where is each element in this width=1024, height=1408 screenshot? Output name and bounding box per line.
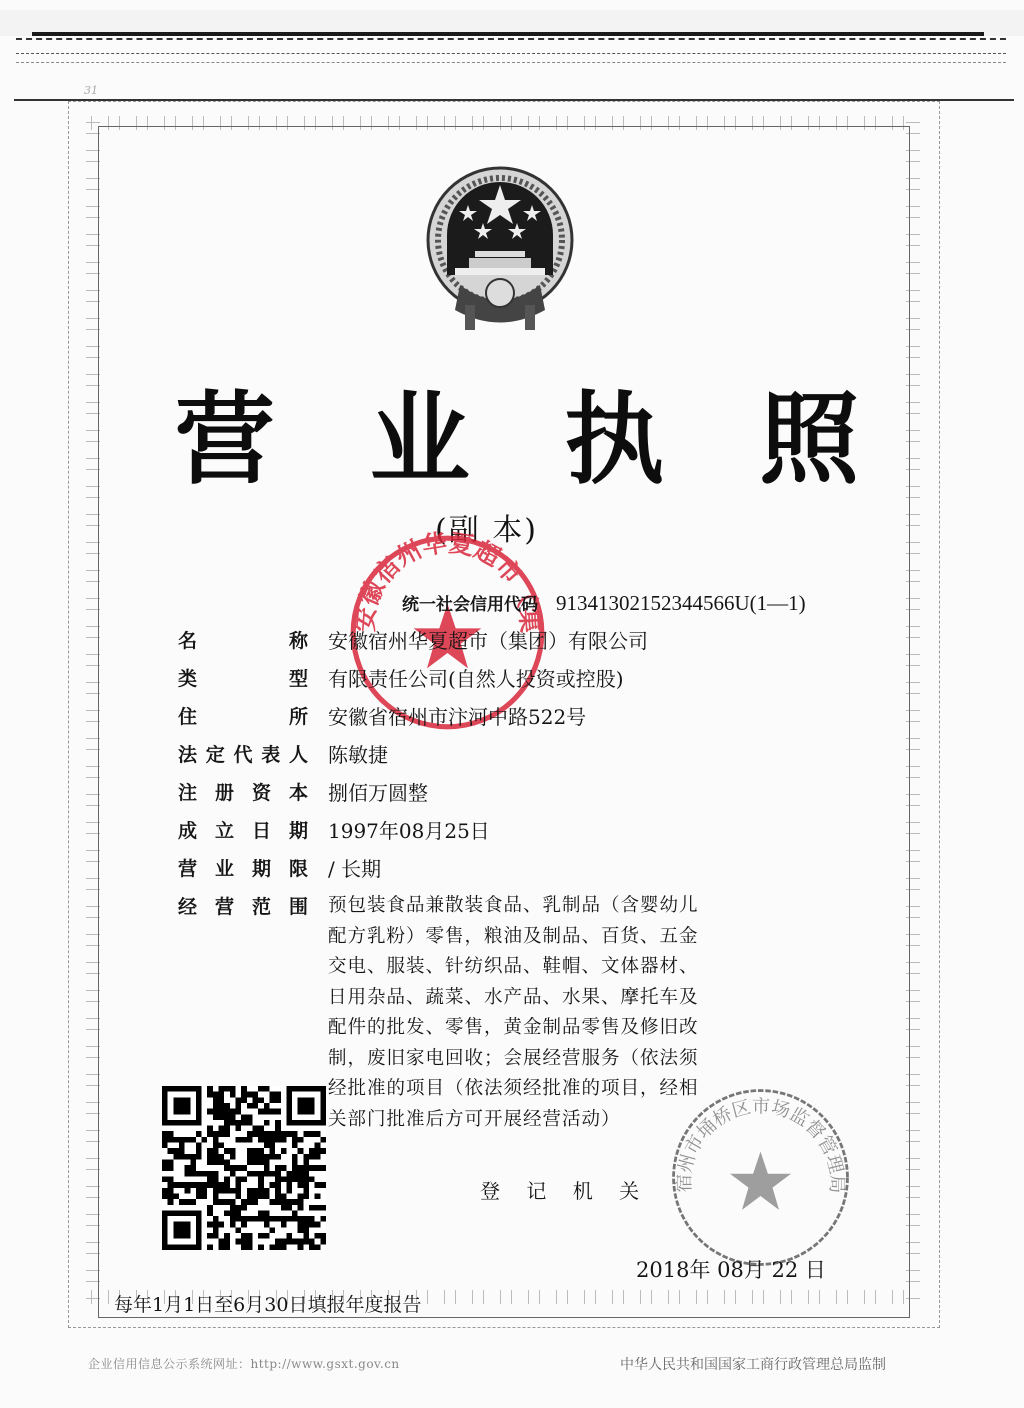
- field-value: / 长期: [328, 850, 381, 888]
- field-label: 成立日期: [178, 812, 308, 850]
- page-mark: 31: [84, 84, 98, 97]
- license-fields: 名称 安徽宿州华夏超市（集团）有限公司 类型 有限责任公司(自然人投资或控股) …: [178, 622, 758, 1135]
- field-address: 住所 安徽省宿州市汴河中路522号: [178, 698, 758, 736]
- field-legal-representative: 法定代表人 陈敏捷: [178, 736, 758, 774]
- field-label: 类型: [178, 660, 308, 698]
- field-name: 名称 安徽宿州华夏超市（集团）有限公司: [178, 622, 758, 660]
- credit-code-value: 91341302152344566U(1—1): [556, 591, 806, 615]
- field-business-term: 营业期限 / 长期: [178, 850, 758, 888]
- field-label: 名称: [178, 622, 308, 660]
- field-established-date: 成立日期 1997年08月25日: [178, 812, 758, 850]
- field-registered-capital: 注册资本 捌佰万圆整: [178, 774, 758, 812]
- field-value: 安徽省宿州市汴河中路522号: [328, 698, 586, 736]
- credit-code: 统一社会信用代码91341302152344566U(1—1): [402, 590, 806, 616]
- field-label: 法定代表人: [178, 736, 308, 774]
- field-value: 1997年08月25日: [328, 812, 490, 850]
- footer-website: 企业信用信息公示系统网址：http://www.gsxt.gov.cn: [88, 1355, 400, 1372]
- national-emblem-icon: [425, 165, 575, 335]
- field-value: 陈敏捷: [328, 736, 388, 774]
- scan-line: [16, 38, 1006, 40]
- scan-line: [16, 62, 1006, 63]
- field-label: 注册资本: [178, 774, 308, 812]
- annual-report-note: 每年1月1日至6月30日填报年度报告: [114, 1290, 421, 1317]
- field-type: 类型 有限责任公司(自然人投资或控股): [178, 660, 758, 698]
- issue-date: 2018年 08月 22 日: [636, 1254, 826, 1284]
- field-value: 安徽宿州华夏超市（集团）有限公司: [328, 622, 648, 660]
- field-label: 营业期限: [178, 850, 308, 888]
- field-business-scope: 经营范围 预包装食品兼散装食品、乳制品（含婴幼儿配方乳粉）零售，粮油及制品、百货…: [178, 888, 758, 1135]
- registration-authority: 登 记 机 关: [480, 1175, 649, 1204]
- footer-issuer: 中华人民共和国国家工商行政管理总局监制: [620, 1354, 886, 1374]
- field-label: 经营范围: [178, 888, 308, 926]
- scan-line: [16, 53, 1006, 54]
- field-value: 预包装食品兼散装食品、乳制品（含婴幼儿配方乳粉）零售，粮油及制品、百货、五金交电…: [328, 888, 708, 1135]
- field-label: 住所: [178, 698, 308, 736]
- field-value: 有限责任公司(自然人投资或控股): [328, 660, 624, 698]
- field-value: 捌佰万圆整: [328, 774, 428, 812]
- document-title: 营 业 执 照: [0, 380, 1024, 500]
- credit-code-label: 统一社会信用代码: [402, 595, 538, 615]
- scan-line: [32, 32, 984, 36]
